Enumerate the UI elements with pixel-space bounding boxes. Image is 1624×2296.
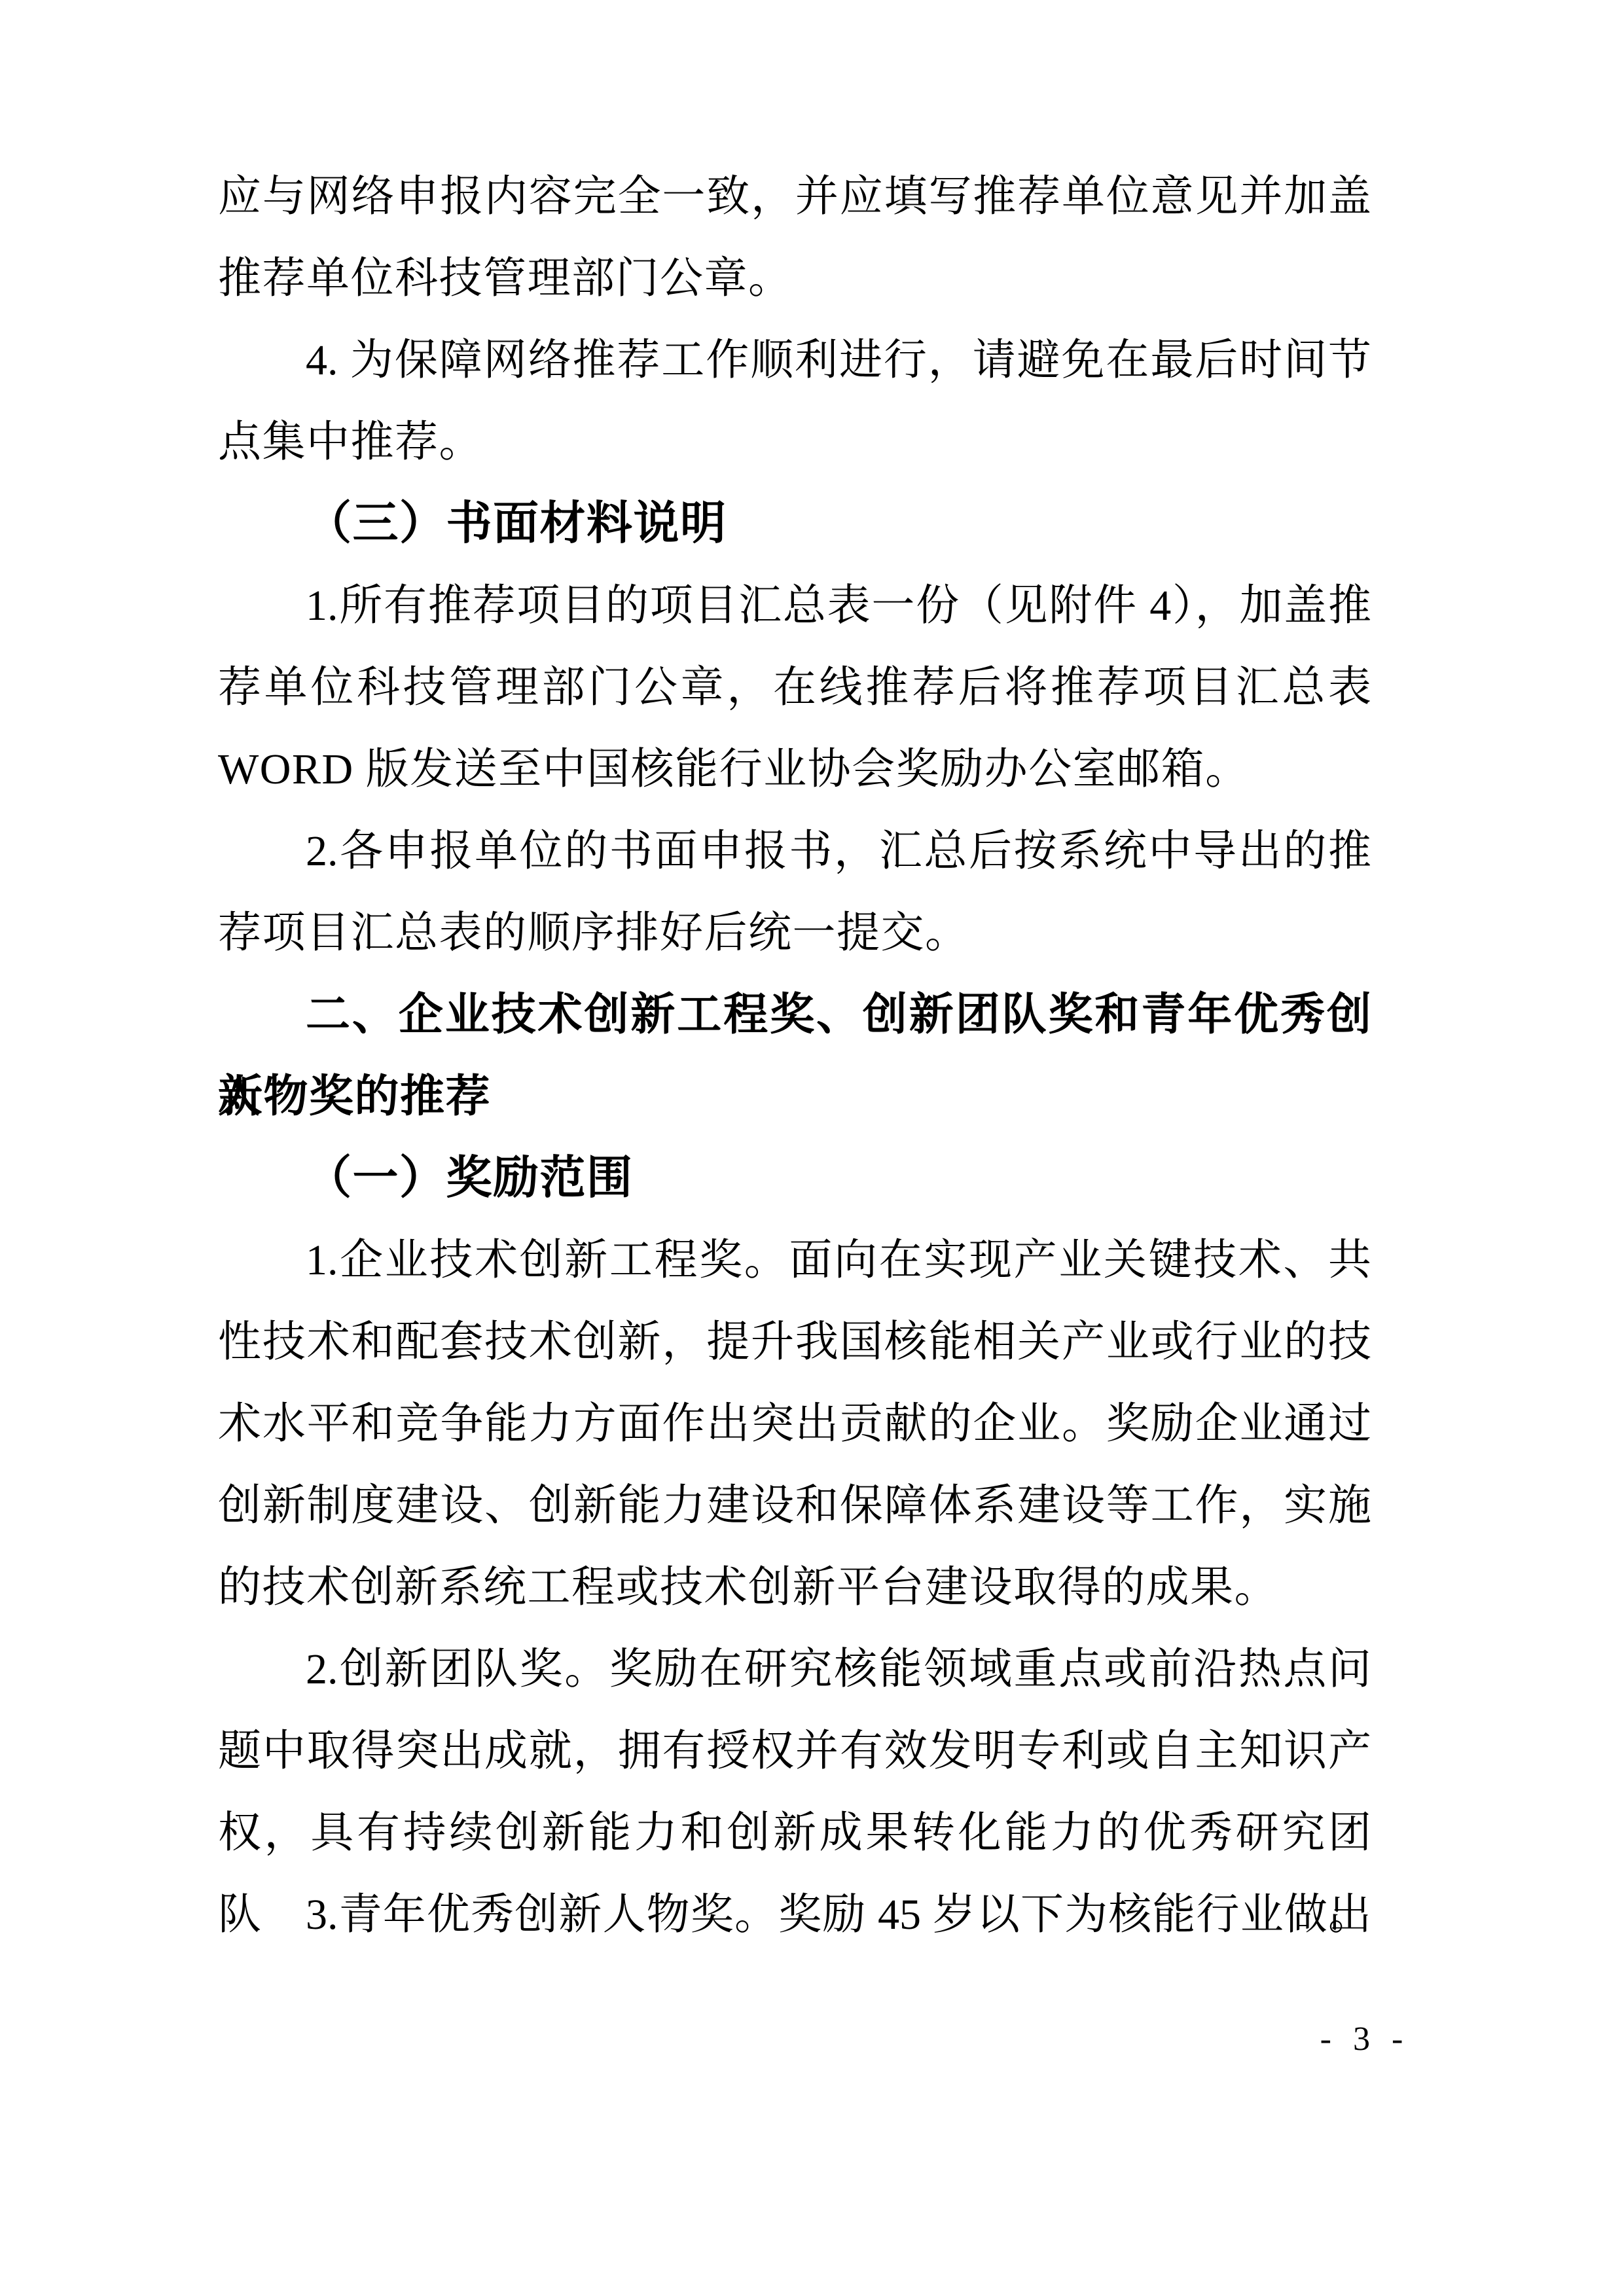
body-line-paragraph-start: 1.企业技术创新工程奖。面向在实现产业关键技术、共 xyxy=(218,1219,1371,1301)
body-line: 荐项目汇总表的顺序排好后统一提交。 xyxy=(218,892,1371,974)
subsection-heading-1: （一）奖励范围 xyxy=(218,1138,1371,1219)
body-line: 题中取得突出成就，拥有授权并有效发明专利或自主知识产 xyxy=(218,1710,1371,1792)
body-line-paragraph-start: 1.所有推荐项目的项目汇总表一份（见附件 4），加盖推 xyxy=(218,565,1371,647)
document-body: 应与网络申报内容完全一致，并应填写推荐单位意见并加盖 推荐单位科技管理部门公章。… xyxy=(218,156,1371,1956)
section-heading-2-continuation: 人物奖的推荐 xyxy=(218,1056,1371,1138)
body-line-paragraph-start: 4. 为保障网络推荐工作顺利进行，请避免在最后时间节 xyxy=(218,319,1371,401)
body-line: 推荐单位科技管理部门公章。 xyxy=(218,238,1371,319)
body-line: WORD 版发送至中国核能行业协会奖励办公室邮箱。 xyxy=(218,728,1371,810)
body-line: 荐单位科技管理部门公章，在线推荐后将推荐项目汇总表 xyxy=(218,647,1371,728)
document-page: 应与网络申报内容完全一致，并应填写推荐单位意见并加盖 推荐单位科技管理部门公章。… xyxy=(0,0,1624,2296)
body-line-paragraph-start: 2.各申报单位的书面申报书，汇总后按系统中导出的推 xyxy=(218,810,1371,892)
section-heading-2: 二、企业技术创新工程奖、创新团队奖和青年优秀创新 xyxy=(218,974,1371,1056)
body-line: 的技术创新系统工程或技术创新平台建设取得的成果。 xyxy=(218,1547,1371,1628)
body-line: 性技术和配套技术创新，提升我国核能相关产业或行业的技 xyxy=(218,1301,1371,1383)
body-line: 创新制度建设、创新能力建设和保障体系建设等工作，实施 xyxy=(218,1465,1371,1547)
body-line-paragraph-start: 3.青年优秀创新人物奖。奖励 45 岁以下为核能行业做出 xyxy=(218,1874,1371,1956)
body-line: 术水平和竞争能力方面作出突出贡献的企业。奖励企业通过 xyxy=(218,1383,1371,1465)
body-line: 应与网络申报内容完全一致，并应填写推荐单位意见并加盖 xyxy=(218,156,1371,238)
body-line-paragraph-start: 2.创新团队奖。奖励在研究核能领域重点或前沿热点问 xyxy=(218,1628,1371,1710)
page-number: - 3 - xyxy=(1280,2019,1450,2060)
subsection-heading-3: （三）书面材料说明 xyxy=(218,483,1371,565)
body-line: 权，具有持续创新能力和创新成果转化能力的优秀研究团队。 xyxy=(218,1792,1371,1874)
body-line: 点集中推荐。 xyxy=(218,401,1371,483)
